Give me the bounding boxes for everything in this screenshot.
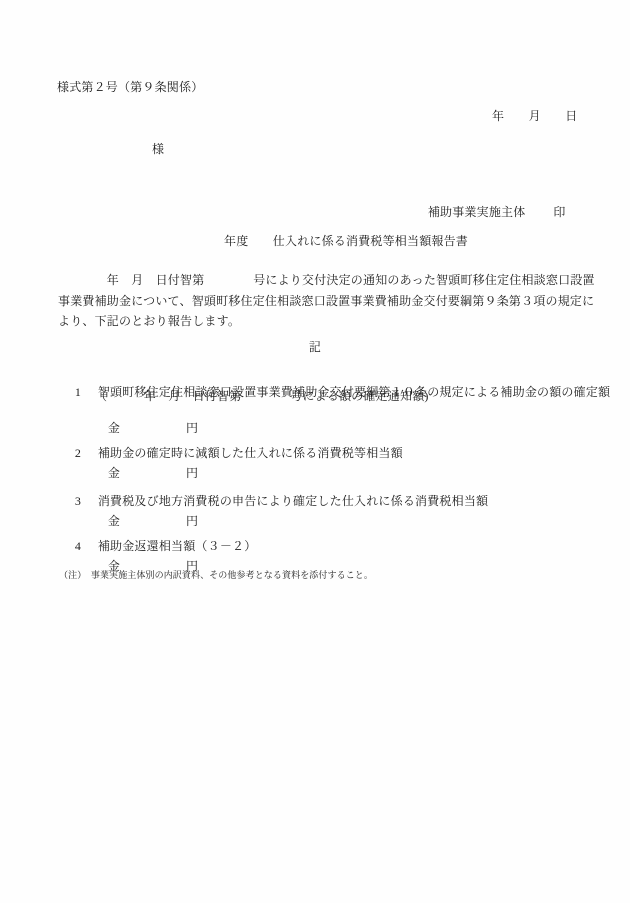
item-4-amount-line: 金円 bbox=[95, 541, 198, 593]
report-form-page: 様式第２号（第９条関係） 年 月 日 様 補助事業実施主体印 年度 仕入れに係る… bbox=[0, 0, 630, 903]
issuer-name: 補助事業実施主体 bbox=[428, 205, 526, 219]
attachment-note: （注） 事業実施主体別の内訳資料、その他参考となる資料を添付すること。 bbox=[59, 569, 373, 582]
date-blank-line: 年 月 日 bbox=[492, 108, 577, 125]
body-paragraph-line: 事業費補助金について、智頭町移住定住相談窓口設置事業費補助金交付要綱第９条第３項… bbox=[58, 293, 594, 310]
body-paragraph-line: 年 月 日付智第 号により交付決定の通知のあった智頭町移住定住相談窓口設置 bbox=[58, 272, 595, 289]
issuer-line: 補助事業実施主体印 bbox=[415, 187, 566, 239]
seal-mark: 印 bbox=[553, 205, 565, 219]
body-paragraph-line: より、下記のとおり報告します。 bbox=[58, 313, 240, 330]
addressee-suffix: 様 bbox=[152, 141, 164, 158]
document-title: 年度 仕入れに係る消費税等相当額報告書 bbox=[224, 233, 468, 250]
form-number: 様式第２号（第９条関係） bbox=[57, 79, 203, 96]
record-heading: 記 bbox=[0, 339, 630, 356]
